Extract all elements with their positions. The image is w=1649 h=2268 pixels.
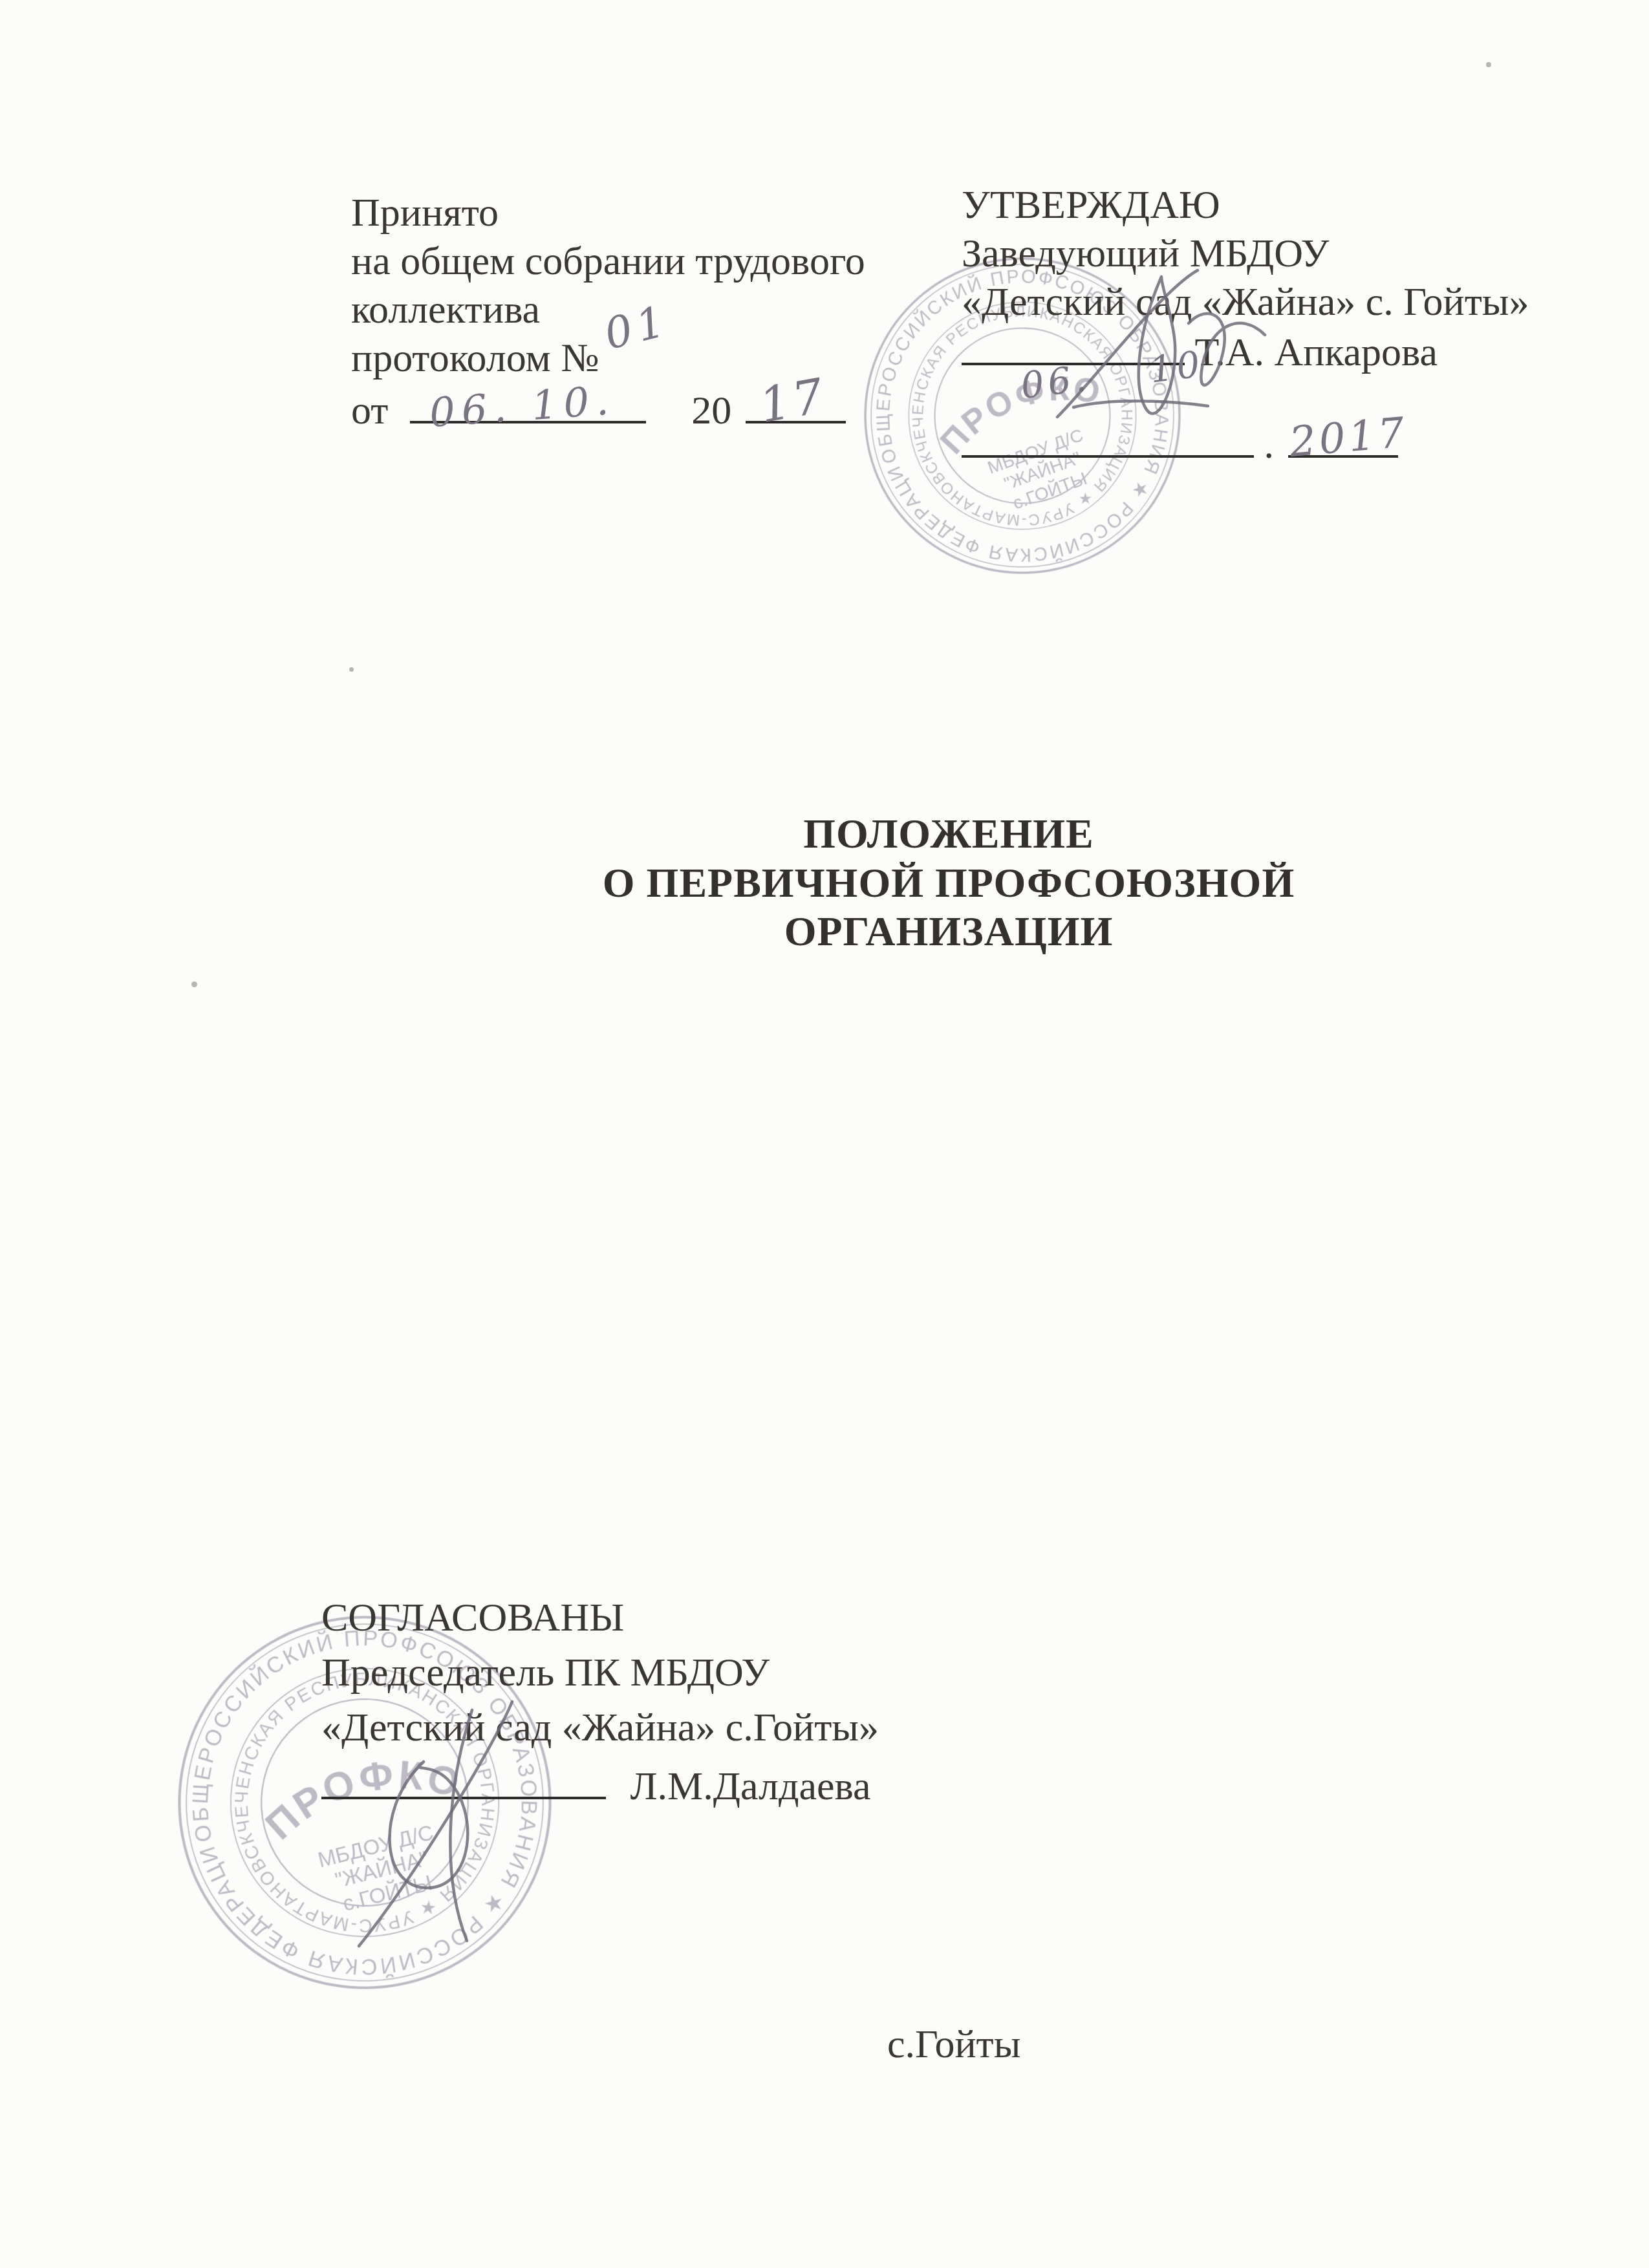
- title-line-1: ПОЛОЖЕНИЕ: [496, 809, 1401, 859]
- footer-place: с.Гойты: [887, 2022, 1020, 2066]
- accepted-heading: Принято: [351, 191, 499, 235]
- scan-speck: [349, 667, 354, 672]
- date-from-label: от: [351, 389, 388, 433]
- protocol-number-line: протоколом №: [351, 336, 599, 380]
- accepted-line-collective: коллектива: [351, 288, 540, 332]
- year-prefix-label: 20: [691, 389, 731, 433]
- agreed-heading: СОГЛАСОВАНЫ: [321, 1596, 624, 1640]
- document-title: ПОЛОЖЕНИЕ О ПЕРВИЧНОЙ ПРОФСОЮЗНОЙ ОРГАНИ…: [496, 809, 1401, 956]
- scan-speck: [191, 981, 197, 987]
- title-line-2: О ПЕРВИЧНОЙ ПРОФСОЮЗНОЙ ОРГАНИЗАЦИИ: [496, 859, 1401, 956]
- date-handwritten: 06. 10.: [428, 378, 616, 435]
- date-blank-rule: 06. 10.: [410, 385, 646, 423]
- accepted-line-meeting: на общем собрании трудового: [351, 239, 865, 283]
- scan-speck: [1486, 62, 1491, 67]
- protocol-number-handwritten: 01: [599, 295, 674, 359]
- approved-heading: УТВЕРЖДАЮ: [962, 183, 1220, 227]
- chairman-signature-scribble: [278, 1642, 576, 1972]
- scanned-document-page: ОБЩЕРОССИЙСКИЙ ПРОФСОЮЗ ОБРАЗОВАНИЯ ★ РО…: [0, 0, 1649, 2268]
- year-blank-rule: 17: [746, 385, 846, 423]
- agreed-signatory-name: Л.М.Далдаева: [630, 1764, 871, 1808]
- protocol-number-label: протоколом №: [351, 336, 599, 380]
- year-handwritten: 17: [755, 369, 830, 433]
- director-signature-scribble: [1035, 246, 1313, 465]
- accepted-date-line: от 06. 10. 20 17: [351, 385, 846, 433]
